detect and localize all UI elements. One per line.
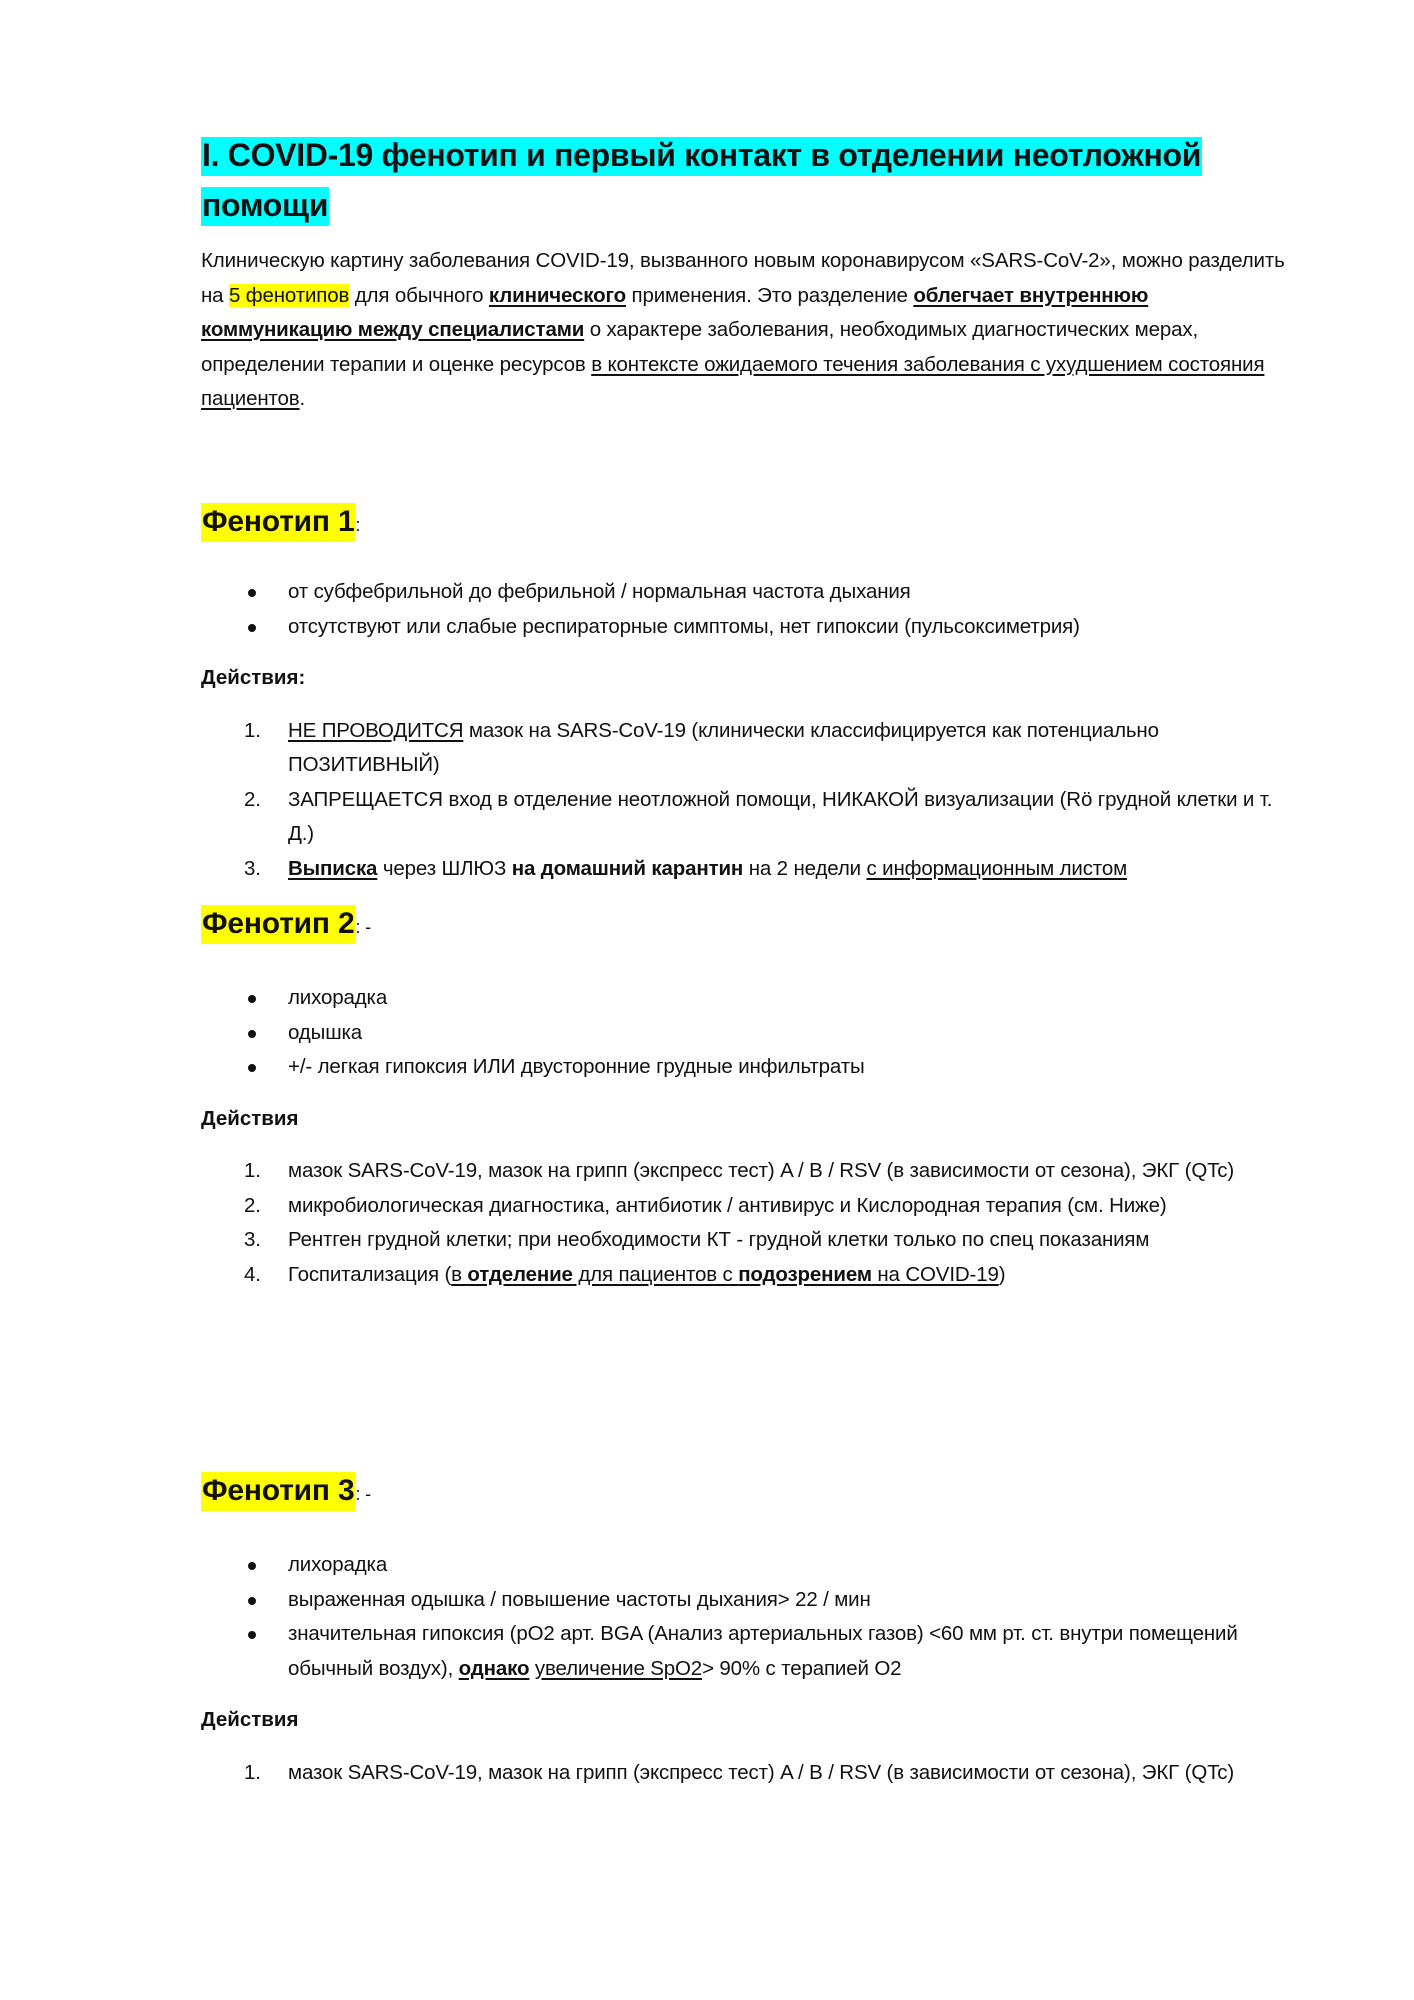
title-highlight: I. COVID-19 фенотип и первый контакт в о… (201, 137, 1202, 226)
phenotype-2-heading: Фенотип 2: - (201, 900, 1291, 951)
heading-suffix: : (355, 515, 360, 535)
phenotype-3-heading: Фенотип 3: - (201, 1467, 1291, 1518)
action-bold: на домашний карантин (512, 857, 743, 880)
phenotype-1-heading: Фенотип 1: (201, 498, 1291, 549)
intro-text: применения. Это разделение (626, 284, 913, 307)
intro-highlight-phenotype-count: 5 фенотипов (229, 284, 349, 307)
action-text: Рентген грудной клетки; при необходимост… (288, 1228, 1149, 1251)
action-item: 3.Выписка через ШЛЮЗ на домашний каранти… (201, 852, 1291, 887)
bullet-icon (248, 1562, 256, 1570)
actions-label-text: Действия (201, 666, 298, 689)
action-text: на 2 недели (743, 857, 866, 880)
action-item: 3.Рентген грудной клетки; при необходимо… (201, 1223, 1291, 1258)
actions-label-colon: : (298, 666, 305, 689)
symptom-item: лихорадка (201, 1548, 1291, 1583)
phenotype-2-actions: 1.мазок SARS-CoV-19, мазок на грипп (экс… (201, 1154, 1291, 1292)
action-number: 1. (244, 714, 261, 749)
phenotype-3-heading-text: Фенотип 3 (201, 1472, 355, 1511)
phenotype-1-section: Фенотип 1: от субфебрильной до фебрильно… (201, 498, 1291, 886)
action-text: через ШЛЮЗ (377, 857, 511, 880)
action-number: 4. (244, 1258, 261, 1293)
symptom-item: от субфебрильной до фебрильной / нормаль… (201, 575, 1291, 610)
action-text: микробиологическая диагностика, антибиот… (288, 1194, 1167, 1217)
document-page: I. COVID-19 фенотип и первый контакт в о… (201, 130, 1291, 417)
action-underlined: для пациентов с (573, 1263, 738, 1286)
action-emphasis: Выписка (288, 857, 377, 880)
symptom-text: лихорадка (288, 1553, 387, 1576)
action-emphasis: отделение (467, 1263, 572, 1286)
bullet-icon (248, 995, 256, 1003)
action-item: 1.мазок SARS-CoV-19, мазок на грипп (экс… (201, 1756, 1291, 1791)
bullet-icon (248, 589, 256, 597)
symptom-item: значительная гипоксия (pO2 арт. BGA (Ана… (201, 1617, 1291, 1686)
phenotype-2-symptoms: лихорадка одышка +/- легкая гипоксия ИЛИ… (201, 981, 1291, 1085)
document-title: I. COVID-19 фенотип и первый контакт в о… (201, 130, 1291, 230)
action-emphasis: НЕ ПРОВОДИТСЯ (288, 719, 463, 742)
bullet-icon (248, 624, 256, 632)
symptom-text: от субфебрильной до фебрильной / нормаль… (288, 580, 911, 603)
action-underlined: с информационным листом (867, 857, 1128, 880)
phenotype-3-actions-label: Действия (201, 1703, 1291, 1738)
intro-text: для обычного (349, 284, 489, 307)
symptom-text: > 90% с терапией O2 (702, 1657, 901, 1680)
symptom-text: одышка (288, 1021, 362, 1044)
action-text: Госпитализация ( (288, 1263, 451, 1286)
phenotype-3-section: Фенотип 3: - лихорадка выраженная одышка… (201, 1467, 1291, 1790)
symptom-item: одышка (201, 1016, 1291, 1051)
action-number: 3. (244, 852, 261, 887)
bullet-icon (248, 1030, 256, 1038)
heading-suffix: : - (355, 917, 370, 937)
phenotype-3-symptoms: лихорадка выраженная одышка / повышение … (201, 1548, 1291, 1686)
symptom-text: лихорадка (288, 986, 387, 1009)
action-emphasis: подозрением (738, 1263, 872, 1286)
bullet-icon (248, 1597, 256, 1605)
symptom-emphasis: однако (459, 1657, 530, 1680)
action-text: ЗАПРЕЩАЕТСЯ вход в отделение неотложной … (288, 788, 1272, 846)
action-number: 1. (244, 1756, 261, 1791)
phenotype-1-heading-text: Фенотип 1 (201, 503, 355, 542)
symptom-item: выраженная одышка / повышение частоты ды… (201, 1583, 1291, 1618)
action-number: 2. (244, 783, 261, 818)
bullet-icon (248, 1064, 256, 1072)
intro-paragraph: Клиническую картину заболевания COVID-19… (201, 244, 1291, 417)
symptom-item: отсутствуют или слабые респираторные сим… (201, 610, 1291, 645)
phenotype-3-actions: 1.мазок SARS-CoV-19, мазок на грипп (экс… (201, 1756, 1291, 1791)
symptom-text: выраженная одышка / повышение частоты ды… (288, 1588, 871, 1611)
phenotype-2-actions-label: Действия (201, 1102, 1291, 1137)
intro-emphasis-clinical: клинического (489, 284, 626, 307)
symptom-text: +/- легкая гипоксия ИЛИ двусторонние гру… (288, 1055, 865, 1078)
intro-text: . (300, 387, 306, 410)
action-item: 1.НЕ ПРОВОДИТСЯ мазок на SARS-CoV-19 (кл… (201, 714, 1291, 783)
action-number: 2. (244, 1189, 261, 1224)
action-text: ) (999, 1263, 1006, 1286)
action-item: 1.мазок SARS-CoV-19, мазок на грипп (экс… (201, 1154, 1291, 1189)
action-number: 1. (244, 1154, 261, 1189)
action-text: мазок SARS-CoV-19, мазок на грипп (экспр… (288, 1761, 1234, 1784)
phenotype-1-actions-label: Действия: (201, 661, 1291, 696)
action-number: 3. (244, 1223, 261, 1258)
heading-suffix: : - (355, 1484, 370, 1504)
bullet-icon (248, 1631, 256, 1639)
action-item: 4.Госпитализация (в отделение для пациен… (201, 1258, 1291, 1293)
symptom-underlined: увеличение SpO2 (535, 1657, 702, 1680)
action-item: 2.микробиологическая диагностика, антиби… (201, 1189, 1291, 1224)
symptom-item: лихорадка (201, 981, 1291, 1016)
symptom-text: отсутствуют или слабые респираторные сим… (288, 615, 1080, 638)
action-underlined: на COVID-19 (872, 1263, 999, 1286)
symptom-item: +/- легкая гипоксия ИЛИ двусторонние гру… (201, 1050, 1291, 1085)
phenotype-1-symptoms: от субфебрильной до фебрильной / нормаль… (201, 575, 1291, 644)
phenotype-2-heading-text: Фенотип 2 (201, 905, 355, 944)
action-text: мазок SARS-CoV-19, мазок на грипп (экспр… (288, 1159, 1234, 1182)
action-item: 2.ЗАПРЕЩАЕТСЯ вход в отделение неотложно… (201, 783, 1291, 852)
action-underlined: в (451, 1263, 467, 1286)
phenotype-1-actions: 1.НЕ ПРОВОДИТСЯ мазок на SARS-CoV-19 (кл… (201, 714, 1291, 887)
phenotype-2-section: Фенотип 2: - лихорадка одышка +/- легкая… (201, 900, 1291, 1292)
